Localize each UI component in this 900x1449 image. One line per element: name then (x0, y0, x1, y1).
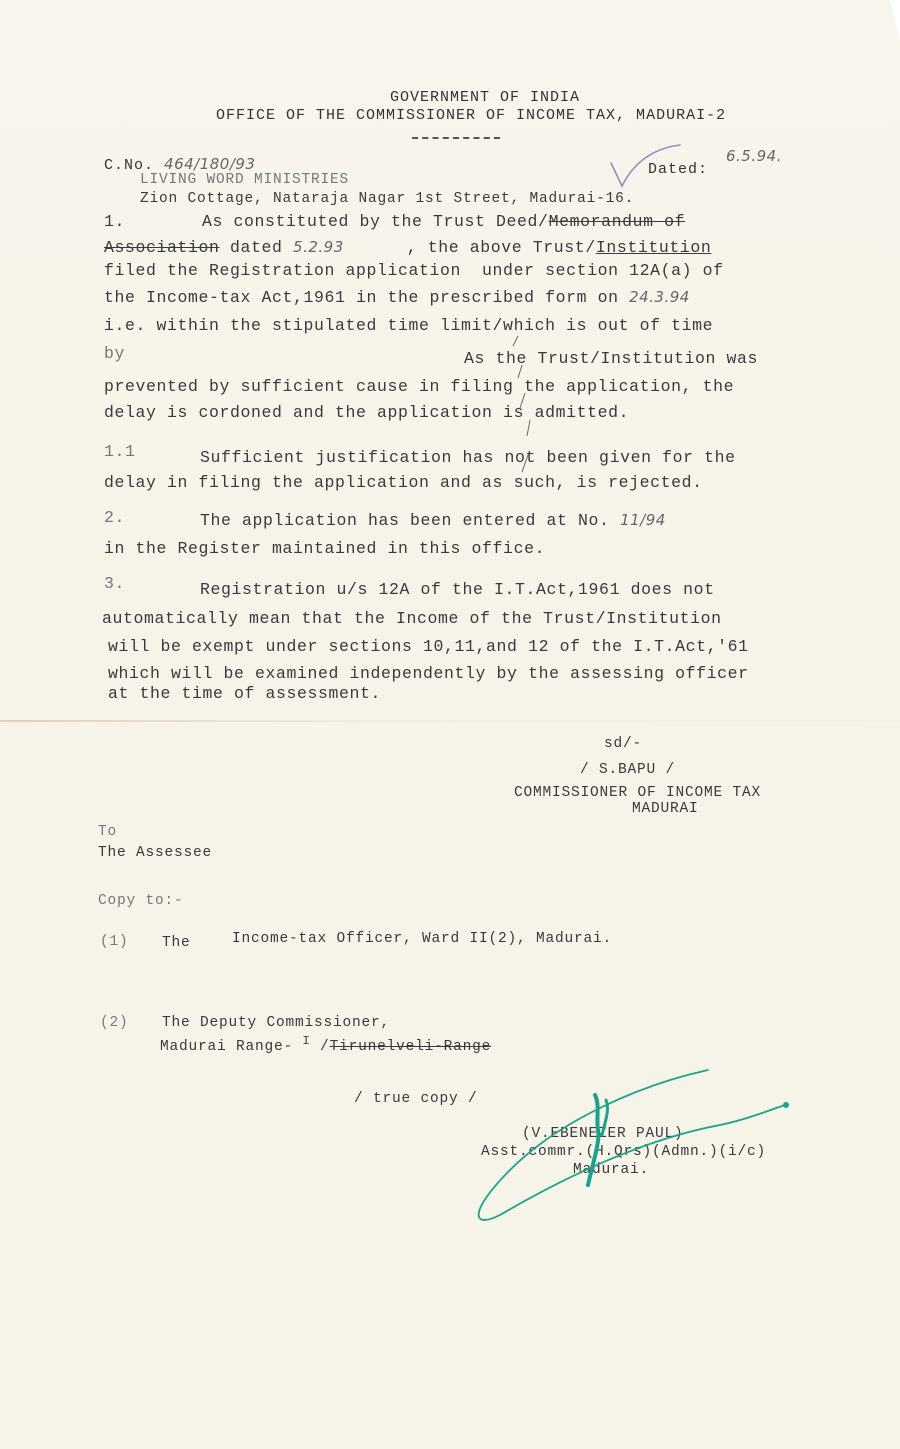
para1-line8: delay is cordoned and the application is… (104, 403, 629, 423)
para1-1-number: 1.1 (104, 442, 136, 462)
attestation-place: Madurai. (573, 1160, 649, 1180)
true-copy-mark: / true copy / (354, 1089, 478, 1109)
dated-label: Dated: (648, 160, 708, 180)
signatory-place: MADURAI (632, 799, 699, 819)
to-value: The Assessee (98, 843, 212, 863)
attestation-title: Asst.commr.(H.Qrs)(Admn.)(i/c) (481, 1142, 766, 1162)
para1-number: 1. (104, 212, 125, 232)
para1-line6: As the Trust/Institution was (464, 349, 758, 369)
para2-text: The application has been entered at No. (200, 511, 620, 530)
copy-to-label: Copy to:- (98, 891, 184, 911)
para1-text: , the above Trust/ (407, 238, 596, 257)
addressee-name: LIVING WORD MINISTRIES (140, 170, 349, 190)
para3-line5: at the time of assessment. (108, 684, 381, 704)
register-number: 11/94 (620, 511, 666, 529)
to-label: To (98, 822, 117, 842)
para3-line2: automatically mean that the Income of th… (102, 609, 722, 629)
signatory-name: / S.BAPU / (580, 760, 675, 780)
underlined-text: Institution (596, 238, 712, 257)
para2-line2: in the Register maintained in this offic… (104, 539, 545, 559)
struck-text: Association (104, 238, 220, 257)
para1-text: the Income-tax Act,1961 in the prescribe… (104, 288, 629, 307)
copy2-text: Madurai Range- (160, 1039, 303, 1055)
para1-line5: i.e. within the stipulated time limit/wh… (104, 316, 713, 336)
signed-mark: sd/- (604, 734, 642, 754)
range-number: I (303, 1034, 311, 1048)
para2-number: 2. (104, 508, 125, 528)
para2-line1: The application has been entered at No. … (200, 510, 666, 531)
para3-line4: which will be examined independently by … (108, 664, 749, 684)
para1-line4: the Income-tax Act,1961 in the prescribe… (104, 287, 690, 308)
attestation-name: (V.EBENEZER PAUL) (522, 1124, 684, 1144)
header-office: OFFICE OF THE COMMISSIONER OF INCOME TAX… (216, 106, 726, 126)
para3-line3: will be exempt under sections 10,11,and … (108, 637, 749, 657)
para1-line7: prevented by sufficient cause in filing … (104, 377, 734, 397)
copy2-number: (2) (100, 1013, 129, 1033)
copy2-line2: Madurai Range- I /Tirunelveli-Range (160, 1037, 491, 1057)
struck-text: Memorandum of (549, 212, 686, 231)
para1-1-line2: delay in filing the application and as s… (104, 473, 703, 493)
paper-fold-line (0, 720, 900, 722)
copy2-text: / (311, 1039, 330, 1055)
copy1-number: (1) (100, 932, 129, 952)
para1-line2: Association dated 5.2.93 , the above Tru… (104, 237, 711, 258)
header-government: GOVERNMENT OF INDIA (390, 88, 580, 108)
dated-value: 6.5.94. (726, 146, 782, 166)
filing-date: 24.3.94 (629, 288, 690, 306)
addressee-address: Zion Cottage, Nataraja Nagar 1st Street,… (140, 189, 634, 209)
copy2-line1: The Deputy Commissioner, (162, 1013, 390, 1033)
para1-line6-by: by (104, 344, 125, 364)
struck-text: Tirunelveli-Range (330, 1039, 492, 1055)
para3-number: 3. (104, 574, 125, 594)
para1-line1: As constituted by the Trust Deed/Memoran… (202, 212, 685, 232)
para1-text: dated (220, 238, 294, 257)
para1-line3: filed the Registration application under… (104, 261, 724, 281)
para1-1-line1: Sufficient justification has not been gi… (200, 448, 736, 468)
para3-line1: Registration u/s 12A of the I.T.Act,1961… (200, 580, 715, 600)
para1-text: As constituted by the Trust Deed/ (202, 212, 549, 231)
copy1-the: The (162, 933, 191, 953)
header-separator (412, 137, 500, 139)
copy1-recipient: Income-tax Officer, Ward II(2), Madurai. (232, 929, 612, 949)
deed-date: 5.2.93 (293, 238, 344, 256)
